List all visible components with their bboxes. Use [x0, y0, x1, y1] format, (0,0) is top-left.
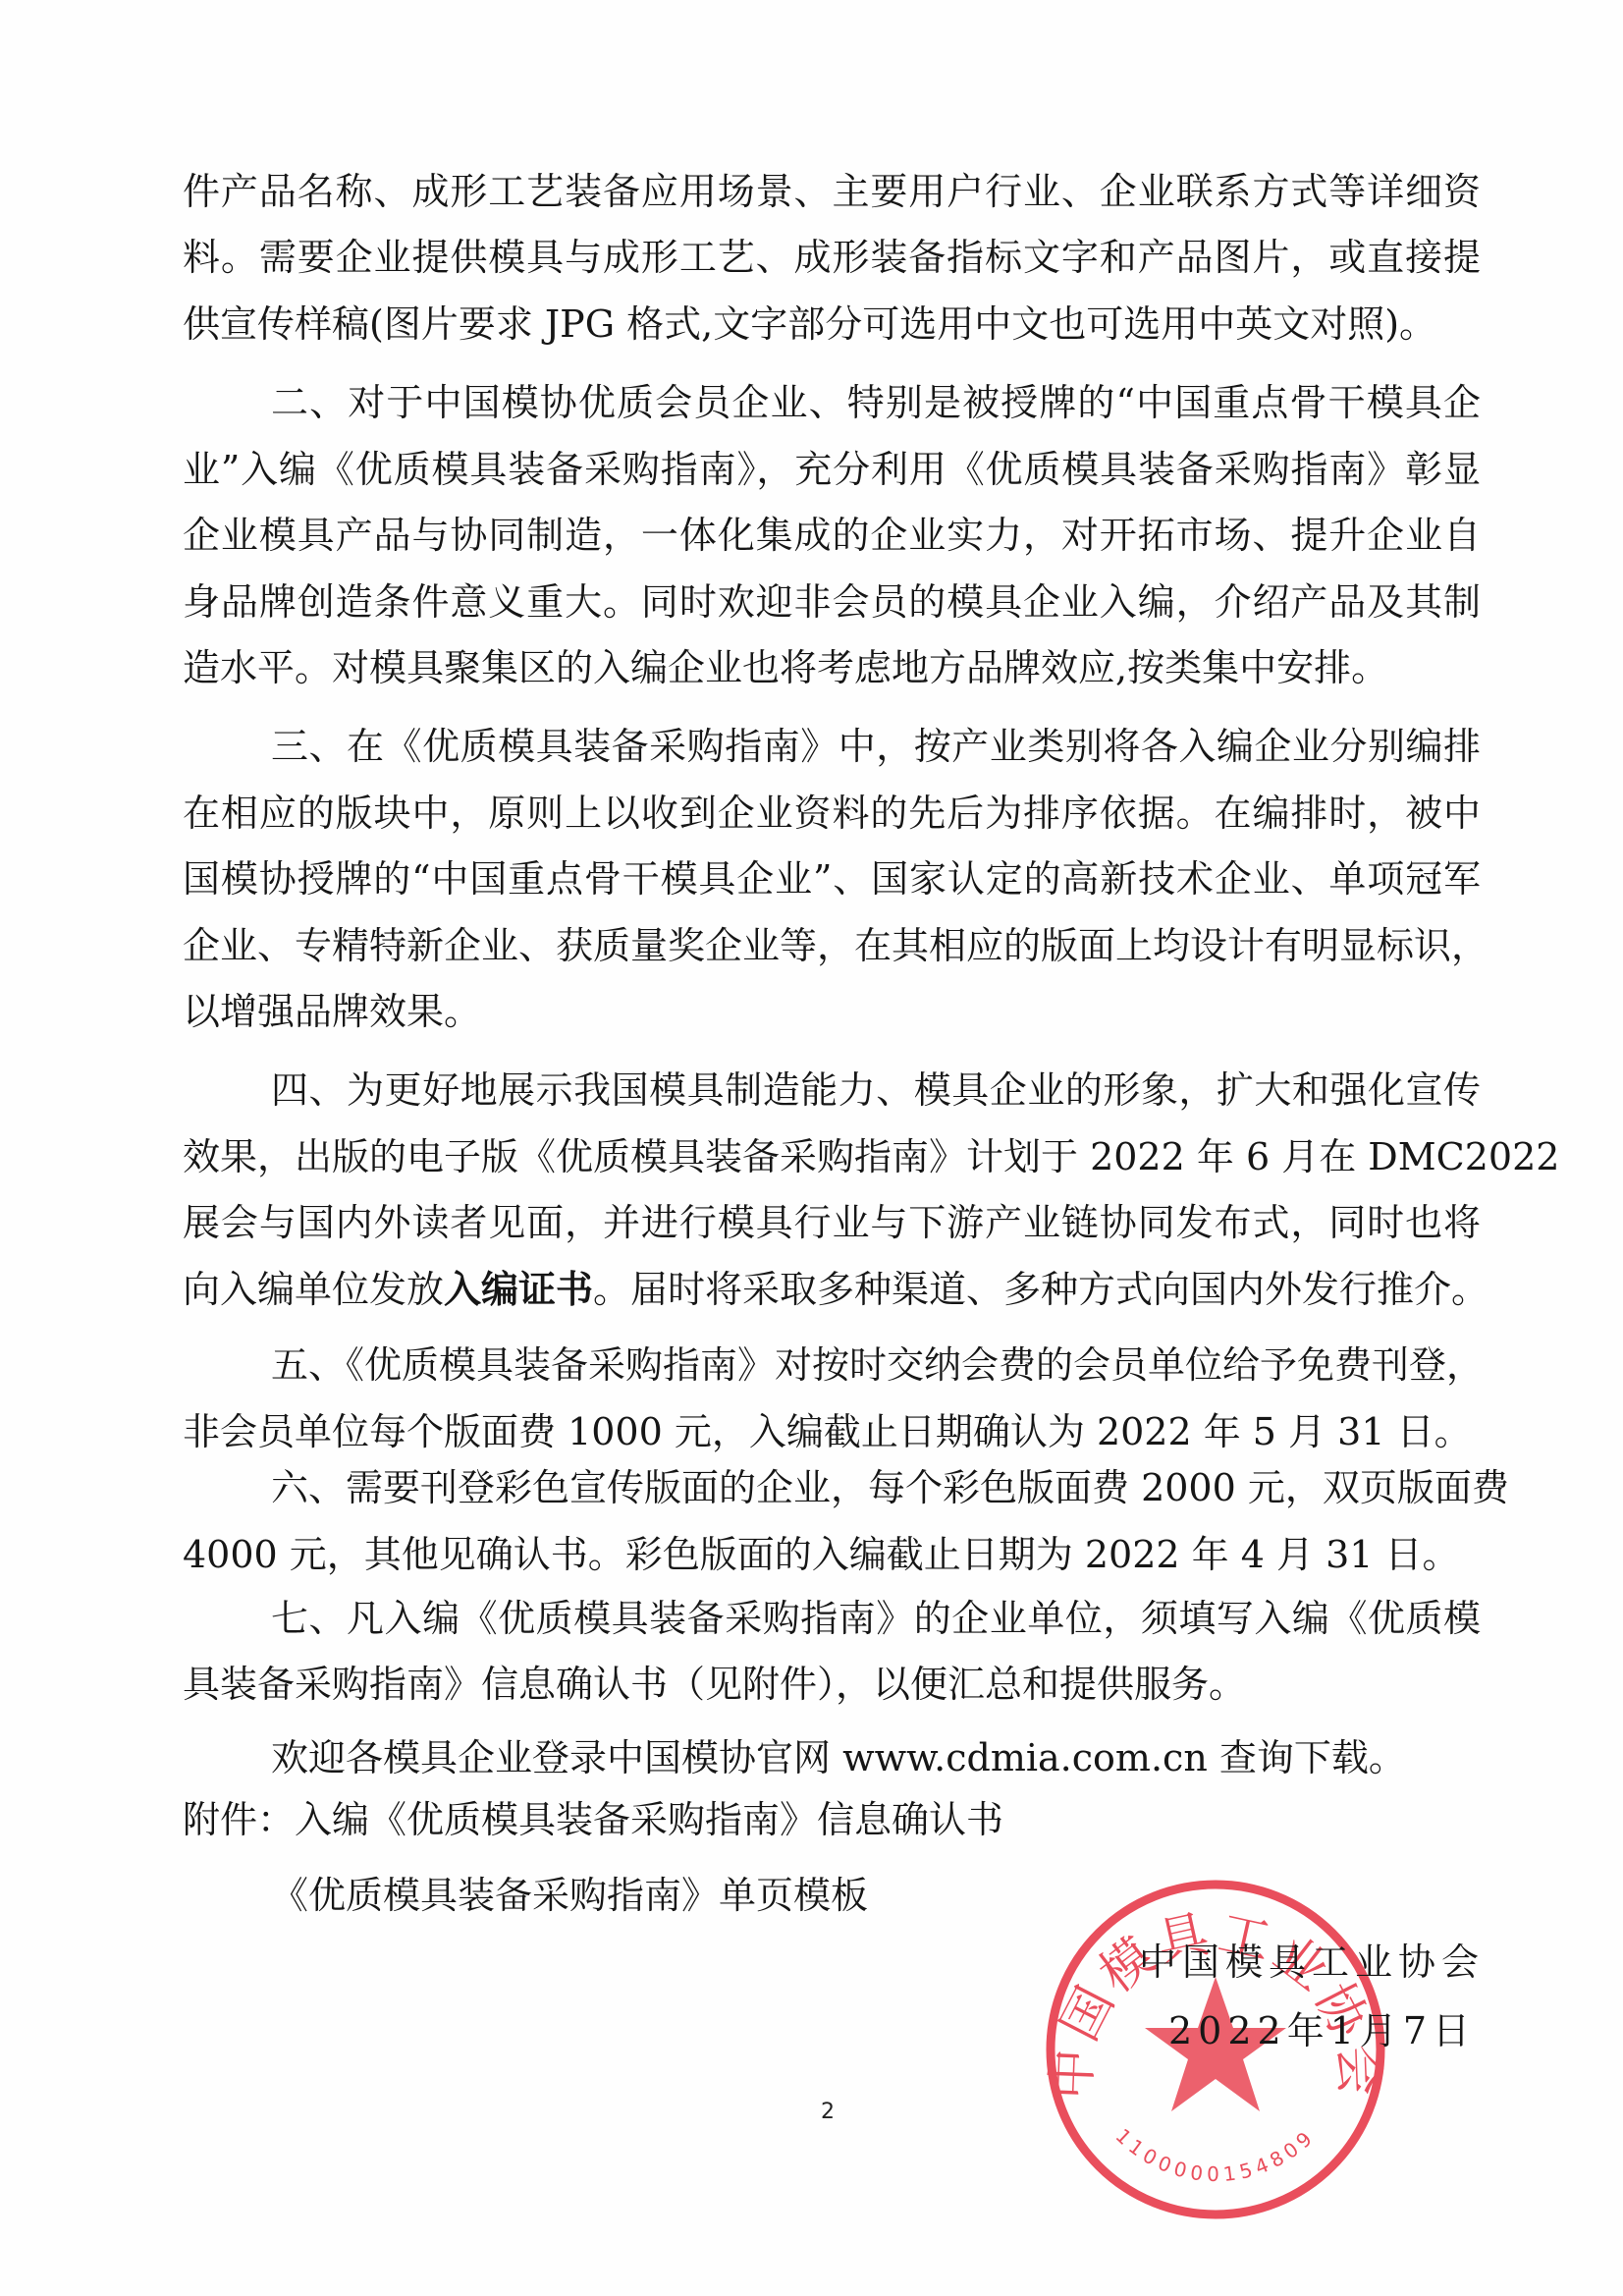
text-line: 展会与国内外读者见面，并进行模具行业与下游产业链协同发布式，同时也将: [183, 1198, 1481, 1247]
svg-text:1100000154809: 1100000154809: [1111, 2124, 1321, 2186]
text-line: 料。需要企业提供模具与成形工艺、成形装备指标文字和产品图片，或直接提: [183, 233, 1481, 282]
certificate-emphasis: 入编证书: [444, 1267, 593, 1311]
text-line: 企业模具产品与协同制造，一体化集成的企业实力，对开拓市场、提升企业自: [183, 511, 1481, 560]
text-line: 非会员单位每个版面费 1000 元，入编截止日期确认为 2022 年 5 月 3…: [183, 1407, 1481, 1456]
text-line: 造水平。对模具聚集区的入编企业也将考虑地方品牌效应,按类集中安排。: [183, 643, 1481, 692]
text-line: 4000 元，其他见确认书。彩色版面的入编截止日期为 2022 年 4 月 31…: [183, 1530, 1481, 1579]
text-line: 企业、专精特新企业、获质量奖企业等，在其相应的版面上均设计有明显标识，: [183, 921, 1481, 970]
text-line: 国模协授牌的“中国重点骨干模具企业”、国家认定的高新技术企业、单项冠军: [183, 854, 1481, 903]
text-line: 供宣传样稿(图片要求 JPG 格式,文字部分可选用中文也可选用中英文对照)。: [183, 300, 1481, 349]
text-segment: 。届时将采取多种渠道、多种方式向国内外发行推介。: [593, 1268, 1488, 1311]
item-5-first-line: 五、《优质模具装备采购指南》对按时交纳会费的会员单位给予免费刊登，: [271, 1340, 1481, 1390]
text-line: 在相应的版块中，原则上以收到企业资料的先后为排序依据。在编排时，被中: [183, 789, 1481, 838]
text-line: 件产品名称、成形工艺装备应用场景、主要用户行业、企业联系方式等详细资: [183, 167, 1481, 216]
item-7-first-line: 七、凡入编《优质模具装备采购指南》的企业单位，须填写入编《优质模: [271, 1594, 1481, 1643]
item-2-first-line: 二、对于中国模协优质会员企业、特别是被授牌的“中国重点骨干模具企: [271, 378, 1481, 427]
website-note: 欢迎各模具企业登录中国模协官网 www.cdmia.com.cn 查询下载。: [271, 1733, 1481, 1782]
signature-organization: 中国模具工业协会: [1139, 1938, 1485, 1987]
item-3-first-line: 三、在《优质模具装备采购指南》中，按产业类别将各入编企业分别编排: [271, 722, 1481, 771]
text-segment: 向入编单位发放: [183, 1268, 444, 1311]
text-line: 业”入编《优质模具装备采购指南》，充分利用《优质模具装备采购指南》彰显: [183, 445, 1481, 494]
text-line: 身品牌创造条件意义重大。同时欢迎非会员的模具企业入编，介绍产品及其制: [183, 577, 1481, 627]
item-6-first-line: 六、需要刊登彩色宣传版面的企业，每个彩色版面费 2000 元，双页版面费: [271, 1463, 1481, 1512]
text-line: 以增强品牌效果。: [183, 987, 1481, 1036]
page-number: 2: [821, 2100, 835, 2124]
document-page: 件产品名称、成形工艺装备应用场景、主要用户行业、企业联系方式等详细资 料。需要企…: [0, 0, 1623, 2296]
signature-date: 2022年1月7日: [1168, 2006, 1476, 2055]
attachment-line-1: 附件：入编《优质模具装备采购指南》信息确认书: [183, 1795, 1481, 1844]
text-line: 向入编单位发放入编证书。届时将采取多种渠道、多种方式向国内外发行推介。: [183, 1265, 1481, 1314]
item-4-first-line: 四、为更好地展示我国模具制造能力、模具企业的形象，扩大和强化宣传: [271, 1066, 1481, 1115]
text-line: 具装备采购指南》信息确认书（见附件），以便汇总和提供服务。: [183, 1660, 1481, 1709]
text-line: 效果，出版的电子版《优质模具装备采购指南》计划于 2022 年 6 月在 DMC…: [183, 1132, 1481, 1181]
